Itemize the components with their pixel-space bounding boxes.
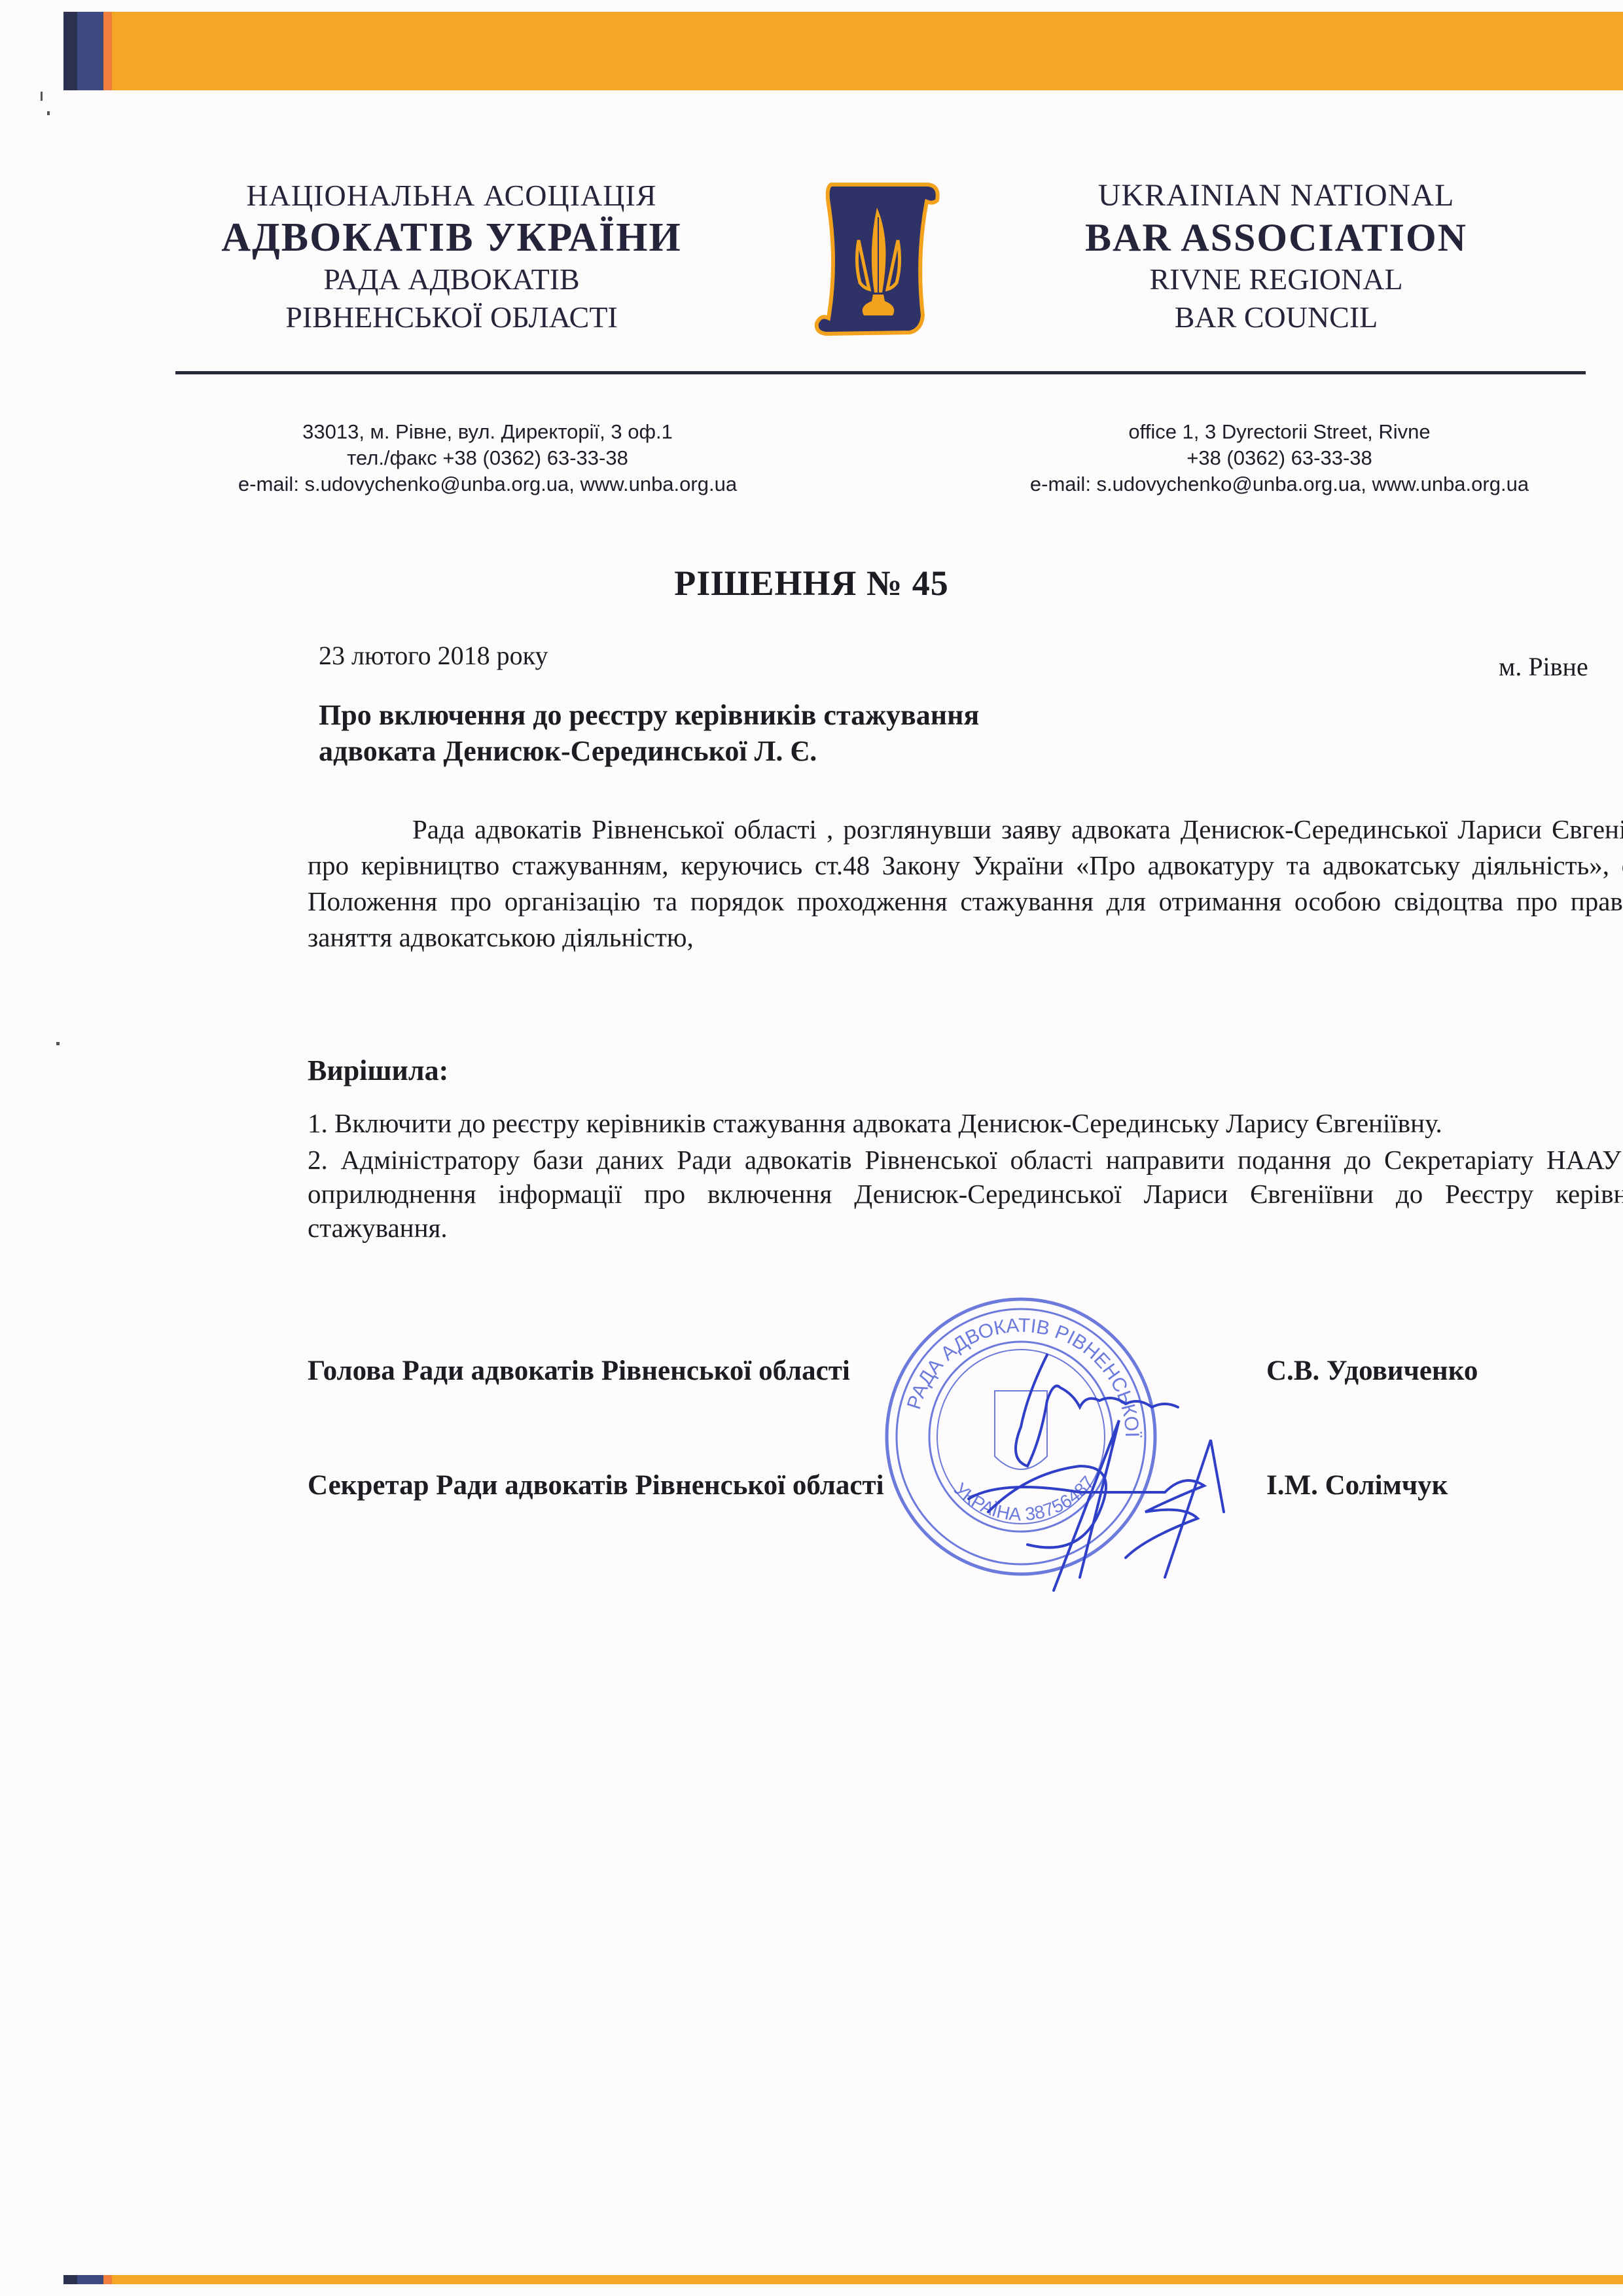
resolution-item: 1. Включити до реєстру керівників стажув…	[308, 1106, 1623, 1140]
subject-line-1: Про включення до реєстру керівників стаж…	[319, 697, 979, 733]
org-line-1: НАЦІОНАЛЬНА АСОЦІАЦІЯ	[196, 177, 707, 215]
org-line-1: UKRAINIAN NATIONAL	[1047, 177, 1505, 215]
scan-artifact	[41, 92, 43, 101]
scroll-quill-trident-logo-icon	[811, 178, 942, 342]
org-name-english: UKRAINIAN NATIONAL BAR ASSOCIATION RIVNE…	[1047, 177, 1505, 336]
org-line-2: АДВОКАТІВ УКРАЇНИ	[196, 215, 707, 260]
preamble-paragraph: Рада адвокатів Рівненської області , роз…	[308, 812, 1623, 956]
signature-row-secretary: Секретар Ради адвокатів Рівненської обла…	[308, 1469, 884, 1501]
top-brand-stripe	[63, 12, 1623, 90]
resolved-heading: Вирішила:	[308, 1054, 448, 1087]
signatory-position: Секретар Ради адвокатів Рівненської обла…	[308, 1470, 884, 1501]
signatory-name: С.В. Удовиченко	[1266, 1355, 1478, 1387]
scan-artifact	[47, 111, 50, 115]
org-line-2: BAR ASSOCIATION	[1047, 215, 1505, 260]
signatory-name: І.М. Солімчук	[1266, 1469, 1448, 1501]
org-line-3: РАДА АДВОКАТІВ	[196, 260, 707, 298]
document-title: РІШЕННЯ № 45	[0, 563, 1623, 603]
org-line-3: RIVNE REGIONAL	[1047, 260, 1505, 298]
signatory-position: Голова Ради адвокатів Рівненської област…	[308, 1355, 850, 1386]
org-line-4: РІВНЕНСЬКОЇ ОБЛАСТІ	[196, 298, 707, 336]
contact-block-ukrainian: 33013, м. Рівне, вул. Директорії, 3 оф.1…	[177, 419, 798, 497]
email: e-mail: s.udovychenko@unba.org.ua, www.u…	[177, 471, 798, 497]
contact-block-english: office 1, 3 Dyrectorii Street, Rivne +38…	[969, 419, 1590, 497]
address: office 1, 3 Dyrectorii Street, Rivne	[969, 419, 1590, 445]
document-date: 23 лютого 2018 року	[319, 640, 548, 671]
bottom-brand-stripe	[63, 2275, 1623, 2284]
resolution-items: 1. Включити до реєстру керівників стажув…	[308, 1106, 1623, 1247]
preamble-text: Рада адвокатів Рівненської області , роз…	[308, 814, 1623, 952]
resolution-item: 2. Адміністратору бази даних Ради адвока…	[308, 1143, 1623, 1245]
letterhead-divider	[175, 371, 1586, 374]
signature-row-chairman: Голова Ради адвокатів Рівненської област…	[308, 1355, 850, 1387]
org-name-ukrainian: НАЦІОНАЛЬНА АСОЦІАЦІЯ АДВОКАТІВ УКРАЇНИ …	[196, 177, 707, 336]
phone: тел./факс +38 (0362) 63-33-38	[177, 445, 798, 471]
document-subject: Про включення до реєстру керівників стаж…	[319, 697, 979, 769]
address: 33013, м. Рівне, вул. Директорії, 3 оф.1	[177, 419, 798, 445]
subject-line-2: адвоката Денисюк-Серединської Л. Є.	[319, 733, 979, 769]
org-line-4: BAR COUNCIL	[1047, 298, 1505, 336]
email: e-mail: s.udovychenko@unba.org.ua, www.u…	[969, 471, 1590, 497]
document-city: м. Рівне	[1499, 651, 1588, 682]
phone: +38 (0362) 63-33-38	[969, 445, 1590, 471]
scan-artifact	[56, 1042, 60, 1045]
